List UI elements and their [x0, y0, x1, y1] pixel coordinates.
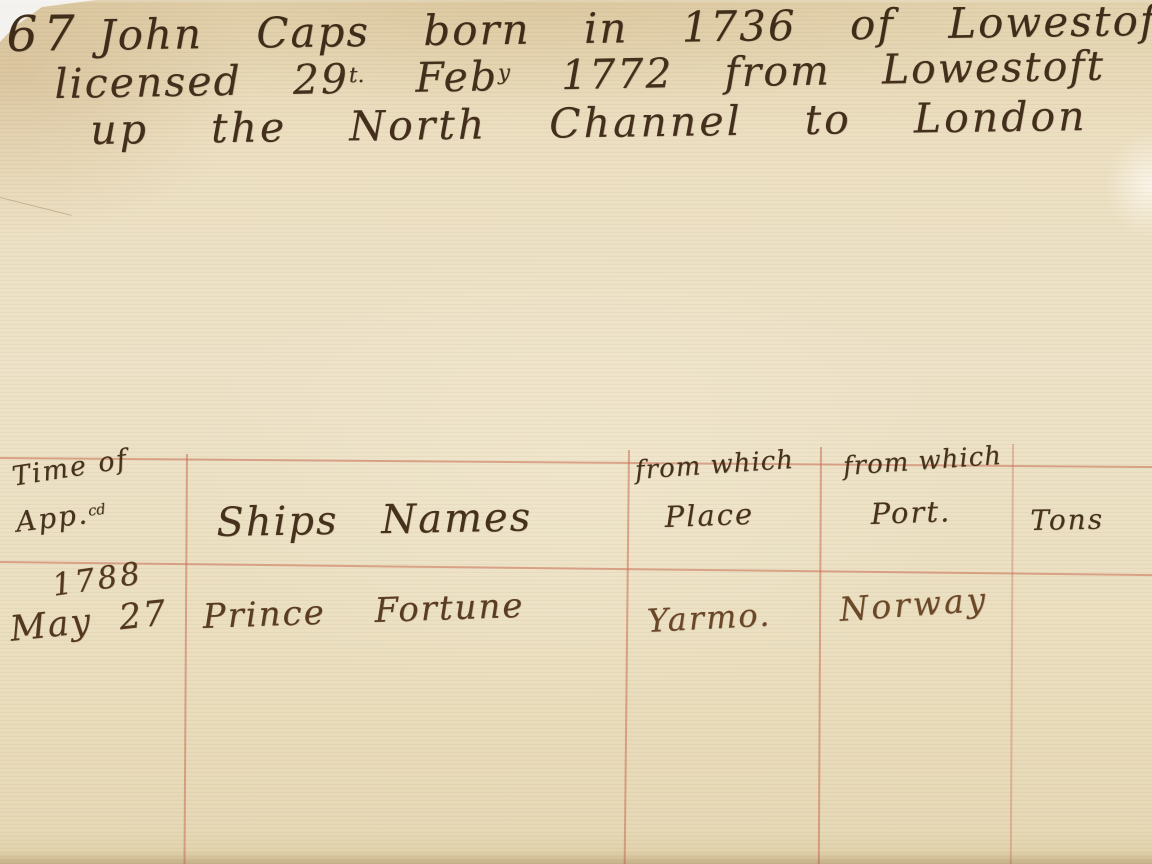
header-line-2-seg1: licensed 29	[54, 55, 349, 108]
row-ship-name: Prince Fortune	[202, 586, 525, 637]
row-date-day: May 27	[8, 593, 169, 649]
header-line-2-sup2: y	[498, 60, 510, 85]
header-line-2-seg2: Feb	[364, 52, 499, 102]
table-rule-vertical-4	[1010, 444, 1014, 864]
table-rule-vertical-3	[818, 447, 822, 864]
column-header-from-which-port-line2: Port.	[870, 494, 952, 531]
table-rule-horizontal-header-bottom	[0, 561, 1152, 576]
column-header-tons: Tons	[1030, 503, 1104, 537]
manuscript-page: 67John Caps born in 1736 of Lowestoft li…	[0, 0, 1152, 864]
header-line-2-seg3: 1772 from Lowestoft	[510, 42, 1106, 100]
column-header-time-of-app-line2: App.cd	[14, 495, 108, 539]
column-header-from-which-port-line1: from which	[842, 441, 1003, 482]
column-header-from-which-place-line2: Place	[664, 497, 755, 534]
row-from-place: Yarmo.	[646, 595, 772, 639]
entry-number: 67	[6, 5, 81, 63]
paper-crease	[0, 196, 72, 216]
header-line-2-sup1: t.	[349, 63, 365, 88]
col1-abbrev-base: App.	[14, 497, 90, 539]
row-from-port: Norway	[838, 580, 989, 629]
table-rule-vertical-2	[624, 450, 630, 864]
column-header-ships-names: Ships Names	[216, 494, 533, 546]
column-header-from-which-place-line1: from which	[634, 445, 795, 486]
col1-abbrev-sup: cd	[87, 501, 106, 520]
table-rule-vertical-1	[183, 454, 187, 864]
column-header-time-of-app-line1: Time of	[10, 444, 130, 493]
